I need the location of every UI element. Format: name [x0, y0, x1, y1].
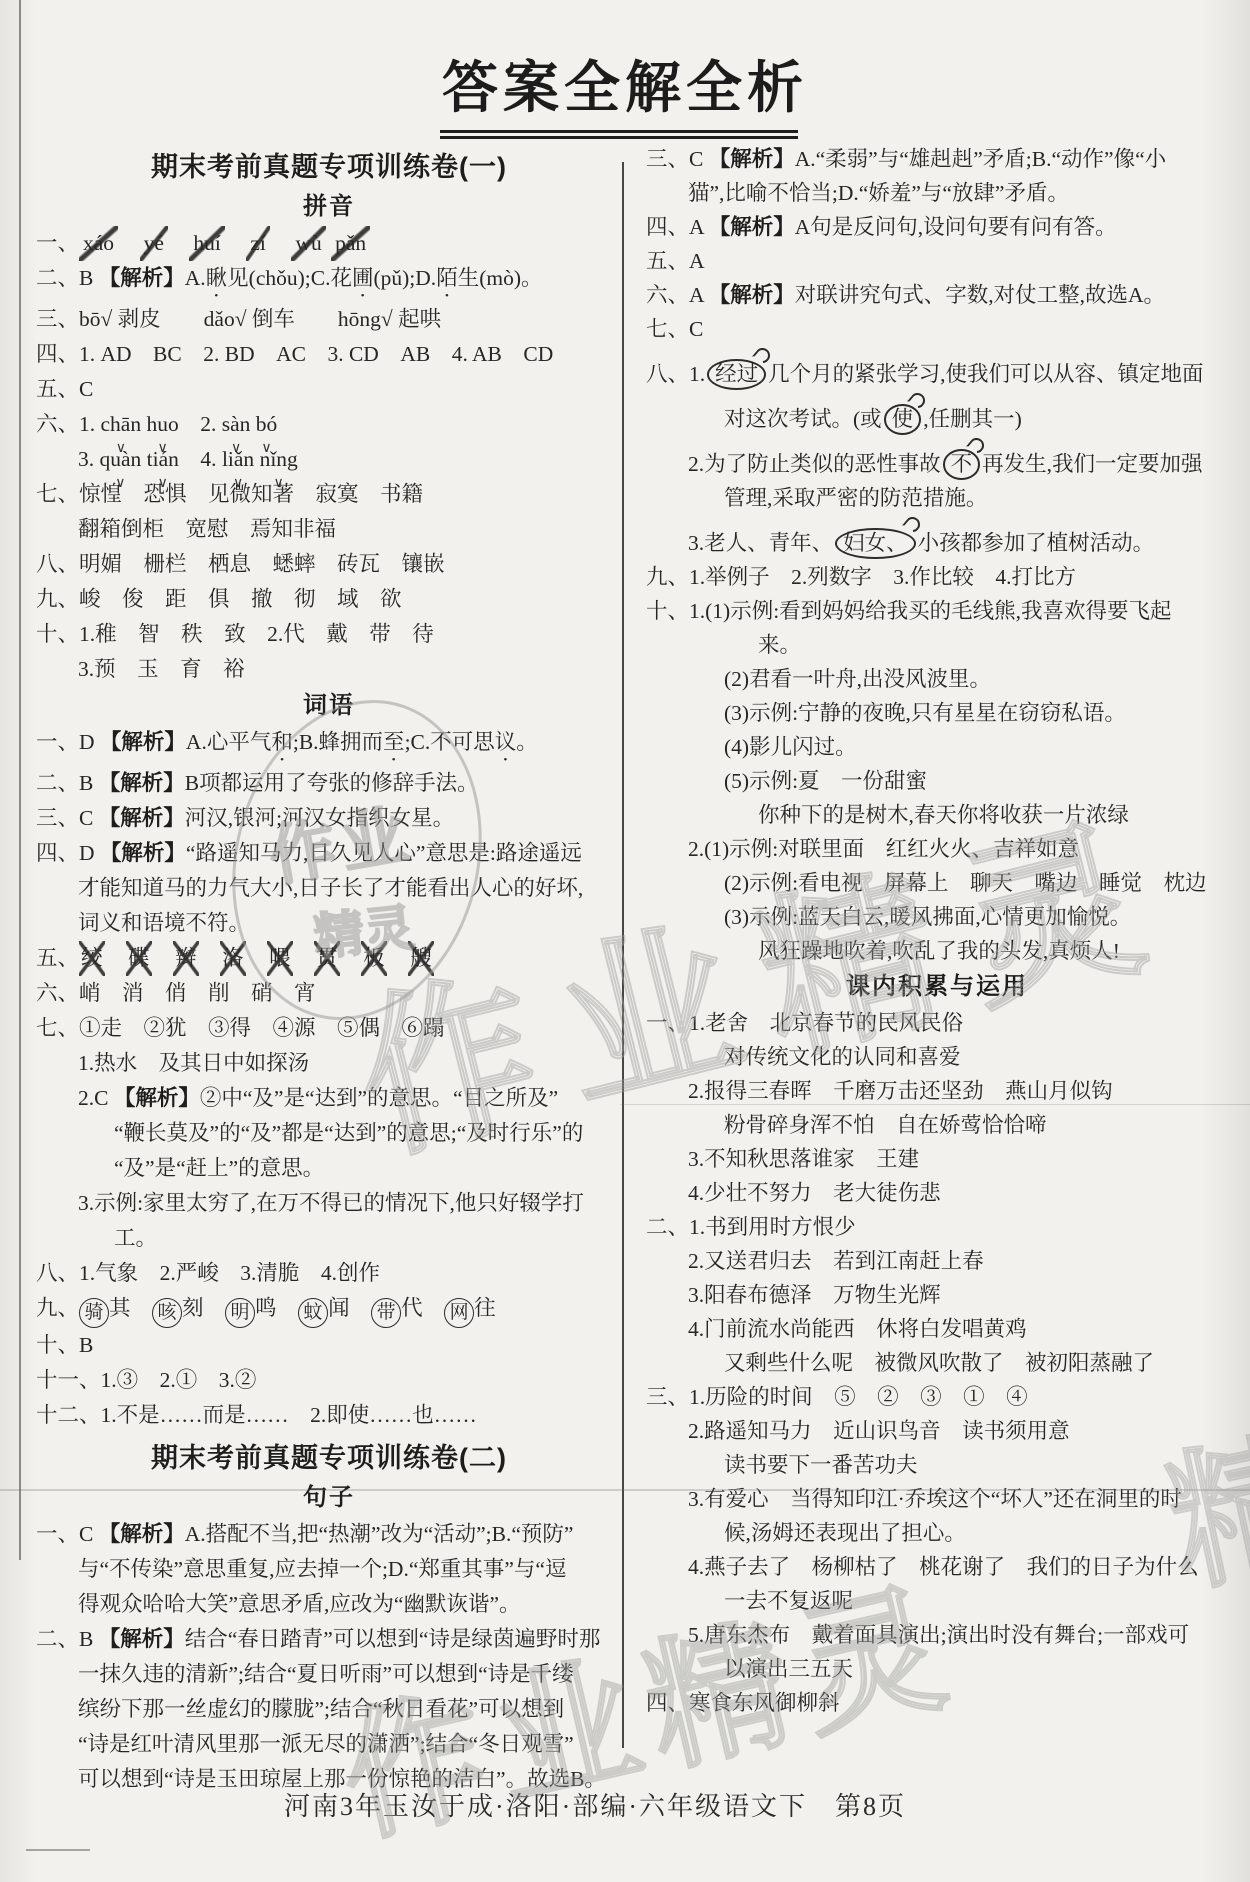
text-run: 九、 — [36, 1296, 79, 1320]
answer-line: 才能知道马的力气大小,日子长了才能看出人心的好坏, — [36, 871, 622, 906]
text-run: 3.预 玉 育 裕 — [78, 657, 245, 681]
page-edge-line — [19, 0, 21, 1560]
answer-line: 风狂躁地吹着,吹乱了我的头发,真烦人! — [646, 934, 1228, 968]
text-run: (3)示例:宁静的夜晚,只有星星在窃窃私语。 — [724, 701, 1126, 725]
emphasized-char: 和 — [271, 730, 293, 754]
answer-line: 3.不知秋思落谁家 王建 — [646, 1142, 1228, 1176]
text-run: 读书要下一番苦功夫 — [724, 1453, 918, 1477]
analysis-label: 【解析】 — [100, 841, 186, 865]
text-run: 3.不知秋思落谁家 王建 — [688, 1147, 919, 1171]
checked-pinyin: nǐng — [260, 442, 298, 477]
answer-line: (3)示例:蓝天白云,暖风拂面,心情更加愉悦。 — [646, 900, 1228, 934]
text-run: A. — [185, 266, 206, 290]
text-run: 2. — [179, 412, 222, 436]
text-run: A.“柔弱”与“雄赳赳”矛盾;B.“动作”像“小 — [795, 147, 1166, 171]
answer-line: 三、C 【解析】河汉,银河;河汉女指织女星。 — [36, 801, 622, 836]
crossed-out-text: huí — [189, 226, 224, 261]
answer-line: 4.门前流水尚能西 休将白发唱黄鸡 — [646, 1312, 1228, 1346]
answer-line: 四、A 【解析】A句是反问句,设问句要有问有答。 — [646, 210, 1228, 244]
answer-line: (3)示例:宁静的夜晚,只有星星在窃窃私语。 — [646, 696, 1228, 730]
text-run: 4.燕子去了 杨柳枯了 桃花谢了 我们的日子为什么 — [688, 1555, 1199, 1579]
circled-char: 咳 — [152, 1298, 182, 1328]
text-run: 又剩些什么呢 被微风吹散了 被初阳蒸融了 — [724, 1351, 1154, 1375]
answer-line: 四、D 【解析】“路遥知马力,日久见人心”意思是:路途遥远 — [36, 836, 622, 871]
subsection-title: 拼音 — [36, 188, 622, 226]
text-run: 几个月的紧张学习,使我们可以从容、镇定地面 — [768, 362, 1203, 386]
text-run: 对传统文化的认同和喜爱 — [724, 1045, 961, 1069]
circled-char: 骑 — [79, 1298, 109, 1328]
text-run: ;C.不可思 — [405, 730, 495, 754]
text-run — [387, 946, 409, 970]
answer-line: 2.路遥知马力 近山识鸟音 读书须用意 — [646, 1414, 1228, 1448]
analysis-label: 【解析】 — [709, 283, 795, 307]
checked-pinyin: liǎn — [222, 442, 254, 477]
text-run: 二、1.书到用时方恨少 — [646, 1215, 856, 1239]
text-run: 猫”,比喻不恰当;D.“娇羞”与“放肆”矛盾。 — [688, 181, 1069, 205]
text-run — [199, 946, 221, 970]
text-run: 2.又送君归去 若到江南赶上春 — [688, 1249, 984, 1273]
answer-line: 九、峻 俊 距 俱 撤 彻 域 欲 — [36, 582, 622, 617]
text-run: 闻 — [328, 1296, 371, 1320]
answer-line: 3.预 玉 育 裕 — [36, 652, 622, 687]
answer-line: 又剩些什么呢 被微风吹散了 被初阳蒸融了 — [646, 1346, 1228, 1380]
text-run: 一、C — [36, 1522, 99, 1546]
crossed-out-char: 绞 — [79, 941, 105, 976]
answer-line: 读书要下一番苦功夫 — [646, 1448, 1228, 1482]
answer-line: 管理,采取严密的防范措施。 — [646, 481, 1228, 515]
answer-line: 十、B — [36, 1328, 622, 1363]
answer-line: 九、骑其 咳刻 明鸣 蚊闻 带代 网往 — [36, 1291, 622, 1328]
right-column: 三、C 【解析】A.“柔弱”与“雄赳赳”矛盾;B.“动作”像“小猫”,比喻不恰当… — [646, 142, 1228, 1720]
answer-line: 得观众哈哈大笑”意思矛盾,应改为“幽默诙谐”。 — [36, 1587, 622, 1622]
text-run: 候,汤姆还表现出了担心。 — [724, 1521, 966, 1545]
answer-line: 3.有爱心 当得知印江·乔埃这个“坏人”还在洞里的时 — [646, 1482, 1228, 1516]
analysis-label: 【解析】 — [114, 1086, 200, 1110]
answer-line: 十、1.稚 智 秩 致 2.代 戴 带 待 — [36, 617, 622, 652]
text-run: 4. — [179, 447, 222, 471]
answer-line: 工。 — [36, 1221, 622, 1256]
text-run: (3)示例:蓝天白云,暖风拂面,心情更加愉悦。 — [724, 905, 1131, 929]
text-run: 河汉,银河;河汉女指织女星。 — [185, 806, 454, 830]
analysis-label: 【解析】 — [99, 771, 185, 795]
text-run: 2.报得三春晖 千磨万击还坚劲 燕山月似钩 — [688, 1079, 1113, 1103]
checked-pinyin: tián — [147, 442, 179, 477]
answer-line: 3.阳春布德泽 万物生光辉 — [646, 1278, 1228, 1312]
answer-line: 五、C — [36, 372, 622, 407]
text-run: 2.C — [78, 1086, 114, 1110]
text-run: 。 — [516, 730, 538, 754]
text-run: 2.(1)示例:对联里面 红红火火、吉祥如意 — [688, 837, 1079, 861]
text-run: 二、B — [36, 771, 99, 795]
document-page: 答案全解全析 期末考前真题专项训练卷(一)拼音一、xáo yé huí zí w… — [0, 0, 1250, 1882]
text-run: 你种下的是树木,春天你将收获一片浓绿 — [758, 803, 1129, 827]
answer-line: 八、1.气象 2.严峻 3.清脆 4.创作 — [36, 1256, 622, 1291]
crossed-out-char: 洛 — [220, 941, 246, 976]
text-run: 五、C — [36, 377, 93, 401]
answer-line: 三、1.历险的时间 ⑤ ② ③ ① ④ — [646, 1380, 1228, 1414]
analysis-label: 【解析】 — [99, 806, 185, 830]
text-run: 六、1. — [36, 412, 101, 436]
text-run: 小孩都参加了植树活动。 — [918, 531, 1155, 555]
answer-line: 1.热水 及其日中如探汤 — [36, 1046, 622, 1081]
text-run: 以演出三五天 — [724, 1657, 853, 1681]
answer-line: 候,汤姆还表现出了担心。 — [646, 1516, 1228, 1550]
circled-deleted-text: 使 — [884, 404, 922, 435]
text-run: 3.阳春布德泽 万物生光辉 — [688, 1283, 941, 1307]
answer-line: 3.示例:家里太穷了,在万不得已的情况下,他只好辍学打 — [36, 1186, 622, 1221]
crossed-out-text: wù — [291, 226, 325, 261]
subsection-title: 句子 — [36, 1479, 622, 1517]
checked-pinyin: quàn — [100, 442, 142, 477]
answer-line: 八、明媚 栅栏 栖息 蟋蟀 砖瓦 镶嵌 — [36, 547, 622, 582]
text-run: 五、A — [646, 249, 705, 273]
emphasized-char: 圃 — [352, 266, 374, 290]
text-run: 与“不传染”意思重复,应去掉一个;D.“郑重其事”与“逗 — [78, 1557, 566, 1581]
text-run: 代 — [401, 1296, 444, 1320]
text-run: 生(mò)。 — [458, 266, 543, 290]
analysis-label: 【解析】 — [709, 147, 795, 171]
text-run: B项都运用了夸张的修辞手法。 — [185, 771, 479, 795]
answer-line: 翻箱倒柜 宽慰 焉知非福 — [36, 512, 622, 547]
text-run: 其 — [109, 1296, 152, 1320]
text-run: 对这次考试。(或 — [724, 407, 882, 431]
text-run: 管理,采取严密的防范措施。 — [724, 486, 987, 510]
checked-pinyin: bó — [256, 407, 278, 442]
answer-line: 二、B 【解析】结合“春日踏青”可以想到“诗是绿茵遍野时那 — [36, 1622, 622, 1657]
text-run: 4.少壮不努力 老大徒伤悲 — [688, 1181, 941, 1205]
answer-line: 六、A 【解析】对联讲究句式、字数,对仗工整,故选A。 — [646, 278, 1228, 312]
answer-line: 十一、1.③ 2.① 3.② — [36, 1363, 622, 1398]
checked-pinyin: huo — [146, 407, 178, 442]
answer-line: 4.燕子去了 杨柳枯了 桃花谢了 我们的日子为什么 — [646, 1550, 1228, 1584]
crossed-out-char: 碟 — [126, 941, 152, 976]
text-run: 七、①走 ②犹 ③得 ④源 ⑤偶 ⑥蹋 — [36, 1016, 445, 1040]
circled-deleted-text: 不 — [943, 449, 981, 480]
text-run — [225, 231, 247, 255]
answer-line: 五、绞 碟 辫 洛 喂 贯 板 艘 — [36, 941, 622, 976]
text-run: 4.门前流水尚能西 休将白发唱黄鸡 — [688, 1317, 1027, 1341]
crossed-out-char: 辫 — [173, 941, 199, 976]
answer-line: 对这次考试。(或使,任删其一) — [646, 402, 1228, 436]
text-run: 三、bō√ 剥皮 dǎo√ 倒车 hōng√ 起哄 — [36, 307, 441, 331]
text-run: 十一、1.③ 2.① 3.② — [36, 1368, 256, 1392]
emphasized-char: 瞅 — [206, 266, 228, 290]
answer-line: 缤纷下那一丝虚幻的朦胧”;结合“秋日看花”可以想到 — [36, 1692, 622, 1727]
text-run: 八、1.气象 2.严峻 3.清脆 4.创作 — [36, 1261, 380, 1285]
text-run: 1.热水 及其日中如探汤 — [78, 1051, 309, 1075]
answer-line: 词义和语境不符。 — [36, 906, 622, 941]
text-run: 粉骨碎身浑不怕 自在娇莺恰恰啼 — [724, 1113, 1047, 1137]
answer-line: 你种下的是树木,春天你将收获一片浓绿 — [646, 798, 1228, 832]
answer-line: 四、1. AD BC 2. BD AC 3. CD AB 4. AB CD — [36, 337, 622, 372]
answer-line: 十二、1.不是……而是…… 2.即使……也…… — [36, 1398, 622, 1433]
text-run: 五、 — [36, 946, 79, 970]
circled-char: 网 — [444, 1298, 474, 1328]
text-run: “及”是“赶上”的意思。 — [114, 1156, 324, 1180]
text-run: 3.老人、青年、 — [688, 531, 833, 555]
left-column: 期末考前真题专项训练卷(一)拼音一、xáo yé huí zí wù pǎn二、… — [36, 142, 622, 1797]
answer-line: 八、1.经过几个月的紧张学习,使我们可以从容、镇定地面 — [646, 357, 1228, 391]
answer-line: 七、C — [646, 312, 1228, 346]
text-run: 来。 — [758, 633, 801, 657]
answer-line: 与“不传染”意思重复,应去掉一个;D.“郑重其事”与“逗 — [36, 1552, 622, 1587]
text-run: 三、C — [36, 806, 99, 830]
text-run: 一抹久违的清新”;结合“夏日听雨”可以想到“诗是千缕 — [78, 1662, 574, 1686]
answer-line: 六、峭 消 俏 削 硝 宵 — [36, 976, 622, 1011]
crossed-out-char: 板 — [361, 941, 387, 976]
answer-line: 九、1.举例子 2.列数字 3.作比较 4.打比方 — [646, 560, 1228, 594]
text-run: 六、峭 消 俏 削 硝 宵 — [36, 981, 316, 1005]
analysis-label: 【解析】 — [99, 1627, 185, 1651]
circled-deleted-text: 经过 — [707, 359, 766, 390]
text-run — [270, 231, 292, 255]
crossed-out-text: zí — [246, 226, 270, 261]
text-run — [152, 946, 174, 970]
page-footer: 河南3年玉汝于成·洛阳·部编·六年级语文下 第8页 — [0, 1786, 1190, 1823]
text-run: 再发生,我们一定要加强 — [982, 452, 1202, 476]
checked-pinyin: sàn — [222, 407, 251, 442]
emphasized-char: 陌 — [436, 266, 458, 290]
text-run: 一、D — [36, 730, 100, 754]
emphasized-char: 至 — [383, 730, 405, 754]
answer-line: 三、C 【解析】A.“柔弱”与“雄赳赳”矛盾;B.“动作”像“小 — [646, 142, 1228, 176]
text-run: A句是反问句,设问句要有问有答。 — [795, 215, 1117, 239]
text-run: 鸣 — [255, 1296, 298, 1320]
answer-line: 2.又送君归去 若到江南赶上春 — [646, 1244, 1228, 1278]
analysis-label: 【解析】 — [709, 215, 795, 239]
crossed-out-text: pǎn — [331, 226, 370, 261]
text-run: A.心平气 — [186, 730, 271, 754]
text-run: 九、峻 俊 距 俱 撤 彻 域 欲 — [36, 587, 402, 611]
answer-line: 一、xáo yé huí zí wù pǎn — [36, 226, 622, 261]
text-run: 得观众哈哈大笑”意思矛盾,应改为“幽默诙谐”。 — [78, 1592, 521, 1616]
text-run: 二、B — [36, 1627, 99, 1651]
answer-line: 2.C 【解析】②中“及”是“达到”的意思。“目之所及” — [36, 1081, 622, 1116]
text-run: 三、C — [646, 147, 709, 171]
scan-artifact-line — [26, 1849, 90, 1851]
answer-line: 二、1.书到用时方恨少 — [646, 1210, 1228, 1244]
text-run: 缤纷下那一丝虚幻的朦胧”;结合“秋日看花”可以想到 — [78, 1697, 564, 1721]
text-run: 一、1.老舍 北京春节的民风民俗 — [646, 1011, 963, 1035]
text-run: 词义和语境不符。 — [78, 911, 250, 935]
crossed-out-text: yé — [140, 226, 168, 261]
text-run: 翻箱倒柜 宽慰 焉知非福 — [78, 517, 336, 541]
circled-char: 明 — [225, 1298, 255, 1328]
circled-deleted-text: 妇女、 — [835, 528, 916, 559]
text-run — [293, 946, 315, 970]
text-run — [105, 946, 127, 970]
answer-line: “诗是红叶清风里那一派无尽的潇洒”;结合“冬日观雪” — [36, 1727, 622, 1762]
text-run: “路遥知马力,日久见人心”意思是:路途遥远 — [186, 841, 582, 865]
crossed-out-text: xáo — [79, 226, 118, 261]
text-run: “诗是红叶清风里那一派无尽的潇洒”;结合“冬日观雪” — [78, 1732, 574, 1756]
answer-line: 对传统文化的认同和喜爱 — [646, 1040, 1228, 1074]
answer-line: 十、1.(1)示例:看到妈妈给我买的毛线熊,我喜欢得要飞起 — [646, 594, 1228, 628]
analysis-label: 【解析】 — [99, 266, 185, 290]
answer-line: 一、C 【解析】A.搭配不当,把“热潮”改为“活动”;B.“预防” — [36, 1517, 622, 1552]
answer-line: (2)示例:看电视 屏幕上 聊天 嘴边 睡觉 枕边 — [646, 866, 1228, 900]
text-run: 结合“春日踏青”可以想到“诗是绿茵遍野时那 — [185, 1627, 601, 1651]
text-run: (4)影儿闪过。 — [724, 735, 857, 759]
text-run: 风狂躁地吹着,吹乱了我的头发,真烦人! — [758, 939, 1120, 963]
subsection-title: 词语 — [36, 687, 622, 725]
answer-line: (2)君看一叶舟,出没风波里。 — [646, 662, 1228, 696]
text-run — [118, 231, 140, 255]
subsection-title: 课内积累与运用 — [646, 968, 1228, 1006]
exam-section-title: 期末考前真题专项训练卷(二) — [36, 1437, 622, 1479]
exam-section-title: 期末考前真题专项训练卷(一) — [36, 146, 622, 188]
page-title: 答案全解全析 — [0, 44, 1250, 124]
checked-pinyin: chān — [101, 407, 142, 442]
text-run: “鞭长莫及”的“及”都是“达到”的意思;“及时行乐”的 — [114, 1121, 583, 1145]
text-run: (5)示例:夏 一份甜蜜 — [724, 769, 927, 793]
text-run: 八、1. — [646, 362, 705, 386]
answer-line: 四、寒食东风御柳斜 — [646, 1686, 1228, 1720]
analysis-label: 【解析】 — [100, 730, 186, 754]
text-run: 二、B — [36, 266, 99, 290]
text-run: 十、B — [36, 1333, 93, 1357]
answer-line: 一去不复返呢 — [646, 1584, 1228, 1618]
title-underline — [440, 130, 798, 139]
text-run: 四、1. AD BC 2. BD AC 3. CD AB 4. AB CD — [36, 342, 553, 366]
text-run: ②中“及”是“达到”的意思。“目之所及” — [200, 1086, 558, 1110]
answer-line: 2.为了防止类似的恶性事故不再发生,我们一定要加强 — [646, 447, 1228, 481]
answer-line: (4)影儿闪过。 — [646, 730, 1228, 764]
text-run: 一、 — [36, 231, 79, 255]
text-run: 2.为了防止类似的恶性事故 — [688, 452, 941, 476]
answer-line: 五、A — [646, 244, 1228, 278]
answer-line: “鞭长莫及”的“及”都是“达到”的意思;“及时行乐”的 — [36, 1116, 622, 1151]
column-divider — [622, 162, 624, 1748]
text-run: 3. — [78, 447, 100, 471]
text-run: 工。 — [114, 1226, 157, 1250]
text-run — [246, 946, 268, 970]
answer-line: 2.报得三春晖 千磨万击还坚劲 燕山月似钩 — [646, 1074, 1228, 1108]
text-run: 3.有爱心 当得知印江·乔埃这个“坏人”还在洞里的时 — [688, 1487, 1182, 1511]
answer-line: 一抹久违的清新”;结合“夏日听雨”可以想到“诗是千缕 — [36, 1657, 622, 1692]
answer-line: 3. quàn tián 4. liǎn nǐng — [36, 442, 622, 477]
text-run: 才能知道马的力气大小,日子长了才能看出人心的好坏, — [78, 876, 583, 900]
answer-line: 3.老人、青年、妇女、小孩都参加了植树活动。 — [646, 526, 1228, 560]
analysis-label: 【解析】 — [99, 1522, 185, 1546]
text-run: A.搭配不当,把“热潮”改为“活动”;B.“预防” — [185, 1522, 574, 1546]
answer-line: 二、B 【解析】B项都运用了夸张的修辞手法。 — [36, 766, 622, 801]
text-run: 三、1.历险的时间 ⑤ ② ③ ① ④ — [646, 1385, 1028, 1409]
crossed-out-char: 艘 — [408, 941, 434, 976]
text-run: 2.路遥知马力 近山识鸟音 读书须用意 — [688, 1419, 1070, 1443]
answer-line: 猫”,比喻不恰当;D.“娇羞”与“放肆”矛盾。 — [646, 176, 1228, 210]
answer-line: 三、bō√ 剥皮 dǎo√ 倒车 hōng√ 起哄 — [36, 302, 622, 337]
circled-char: 带 — [371, 1298, 401, 1328]
text-run: 九、1.举例子 2.列数字 3.作比较 4.打比方 — [646, 565, 1076, 589]
text-run: (2)示例:看电视 屏幕上 聊天 嘴边 睡觉 枕边 — [724, 871, 1207, 895]
emphasized-char: 议 — [495, 730, 517, 754]
text-run: 八、明媚 栅栏 栖息 蟋蟀 砖瓦 镶嵌 — [36, 552, 445, 576]
circled-char: 蚊 — [298, 1298, 328, 1328]
text-run: ,任删其一) — [923, 407, 1022, 431]
text-run: 六、A — [646, 283, 709, 307]
text-run: 十、1.(1)示例:看到妈妈给我买的毛线熊,我喜欢得要飞起 — [646, 599, 1172, 623]
text-run: (2)君看一叶舟,出没风波里。 — [724, 667, 991, 691]
answer-line: “及”是“赶上”的意思。 — [36, 1151, 622, 1186]
answer-line: 来。 — [646, 628, 1228, 662]
text-run: 5.唐东杰布 戴着面具演出;演出时没有舞台;一部戏可 — [688, 1623, 1189, 1647]
answer-line: 一、1.老舍 北京春节的民风民俗 — [646, 1006, 1228, 1040]
answer-line: 2.(1)示例:对联里面 红红火火、吉祥如意 — [646, 832, 1228, 866]
crossed-out-char: 贯 — [314, 941, 340, 976]
text-run: 四、寒食东风御柳斜 — [646, 1691, 840, 1715]
text-run: 七、惊惶 恐惧 见微知著 寂寞 书籍 — [36, 482, 423, 506]
answer-line: 以演出三五天 — [646, 1652, 1228, 1686]
text-run: 一去不复返呢 — [724, 1589, 853, 1613]
text-run: 七、C — [646, 317, 703, 341]
answer-line: 4.少壮不努力 老大徒伤悲 — [646, 1176, 1228, 1210]
answer-line: 5.唐东杰布 戴着面具演出;演出时没有舞台;一部戏可 — [646, 1618, 1228, 1652]
answer-line: 二、B 【解析】A.瞅见(chǒu);C.花圃(pǔ);D.陌生(mò)。 — [36, 261, 622, 302]
answer-line: 七、①走 ②犹 ③得 ④源 ⑤偶 ⑥蹋 — [36, 1011, 622, 1046]
text-run — [168, 231, 190, 255]
text-run: 3.示例:家里太穷了,在万不得已的情况下,他只好辍学打 — [78, 1191, 584, 1215]
text-run: 十、1.稚 智 秩 致 2.代 戴 带 待 — [36, 622, 434, 646]
text-run — [340, 946, 362, 970]
text-run: ;B.蜂拥而 — [293, 730, 383, 754]
text-run: 对联讲究句式、字数,对仗工整,故选A。 — [795, 283, 1165, 307]
answer-line: (5)示例:夏 一份甜蜜 — [646, 764, 1228, 798]
text-run: 见(chǒu);C.花 — [227, 266, 352, 290]
crossed-out-char: 喂 — [267, 941, 293, 976]
answer-line: 六、1. chān huo 2. sàn bó — [36, 407, 622, 442]
answer-line: 粉骨碎身浑不怕 自在娇莺恰恰啼 — [646, 1108, 1228, 1142]
text-run: 四、A — [646, 215, 709, 239]
text-run: 四、D — [36, 841, 100, 865]
text-run: 往 — [474, 1296, 496, 1320]
answer-line: 一、D 【解析】A.心平气和;B.蜂拥而至;C.不可思议。 — [36, 725, 622, 766]
text-run: 刻 — [182, 1296, 225, 1320]
text-run: (pǔ);D. — [373, 266, 436, 290]
text-run: 十二、1.不是……而是…… 2.即使……也…… — [36, 1403, 477, 1427]
